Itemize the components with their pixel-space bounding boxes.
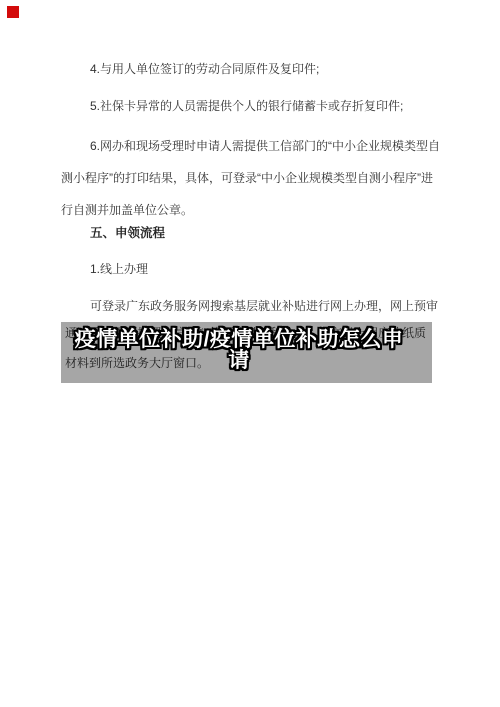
article-page: 4.与用人单位签订的劳动合同原件及复印件; 5.社保卡异常的人员需提供个人的银行… [0,0,500,707]
overlay-title-line1: 疫情单位补助/疫情单位补助怎么申 [0,329,478,350]
section-heading: 五、申领流程 [90,225,165,242]
overlay-title-line2: 请 [0,350,478,371]
paragraph-online-desc-line1: 可登录广东政务服务网搜索基层就业补贴进行网上办理，网上预审 [90,298,438,315]
paragraph-item-4: 4.与用人单位签订的劳动合同原件及复印件; [90,61,319,78]
paragraph-item-5: 5.社保卡异常的人员需提供个人的银行储蓄卡或存折复印件; [90,98,403,115]
red-square-marker [7,6,19,18]
paragraph-item-6: 6.网办和现场受理时申请人需提供工信部门的“中小企业规模类型自测小程序”的打印结… [61,130,441,226]
overlay-title: 疫情单位补助/疫情单位补助怎么申 请 [0,329,478,371]
paragraph-online-step: 1.线上办理 [90,261,148,278]
